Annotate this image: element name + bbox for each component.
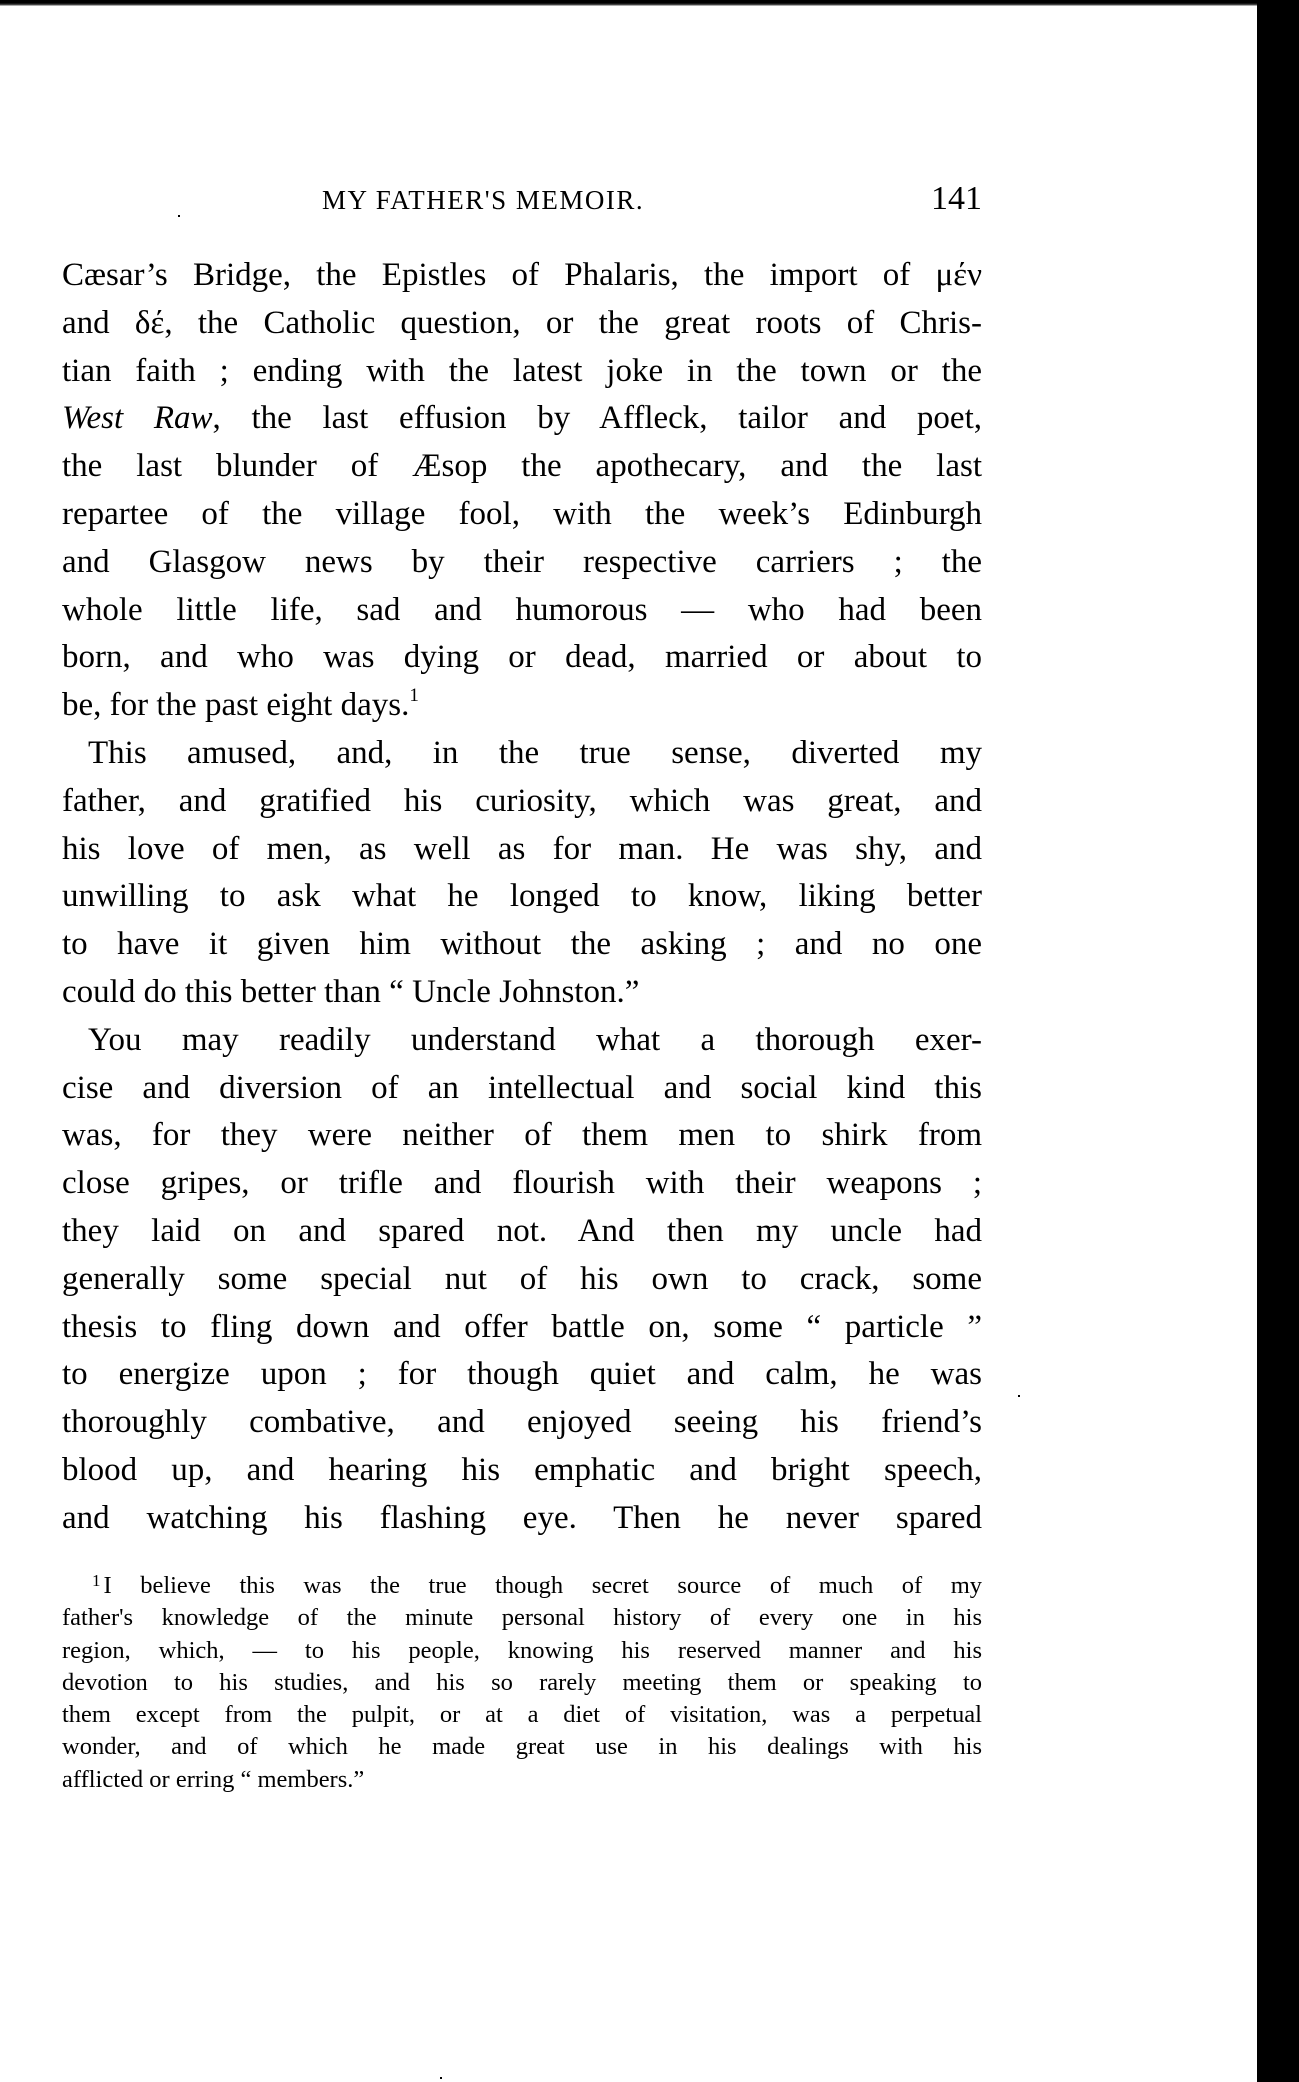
running-head: MY FATHER'S MEMOIR. 141 bbox=[62, 183, 982, 217]
footnote-line: father's knowledge of the minute persona… bbox=[62, 1602, 982, 1634]
footnote-line: wonder, and of which he made great use i… bbox=[62, 1731, 982, 1763]
text-line-content: be, for the past eight days. bbox=[62, 687, 409, 723]
paragraph: This amused, and, in the true sense, div… bbox=[62, 730, 982, 1017]
footnote-line: 1I believe this was the true though secr… bbox=[62, 1570, 982, 1602]
text-line: and Glasgow news by their respective car… bbox=[62, 539, 982, 587]
text-line: cise and diversion of an intellectual an… bbox=[62, 1065, 982, 1113]
footnote-line: afflicted or erring “ members.” bbox=[62, 1764, 982, 1796]
footnote-line: region, which, — to his people, knowing … bbox=[62, 1635, 982, 1667]
footnote-line: devotion to his studies, and his so rare… bbox=[62, 1667, 982, 1699]
text-line: his love of men, as well as for man. He … bbox=[62, 826, 982, 874]
italic-place-name: West Raw bbox=[62, 400, 213, 436]
scan-speck bbox=[178, 215, 180, 217]
text-line: blood up, and hearing his emphatic and b… bbox=[62, 1447, 982, 1495]
main-text: Cæsar’s Bridge, the Epistles of Phalaris… bbox=[62, 252, 982, 1543]
text-line: to energize upon ; for though quiet and … bbox=[62, 1351, 982, 1399]
text-line-rest: , the last effusion by Affleck, tailor a… bbox=[213, 400, 983, 436]
running-title: MY FATHER'S MEMOIR. bbox=[322, 183, 644, 217]
text-line: the last blunder of Æsop the apothecary,… bbox=[62, 443, 982, 491]
scan-top-edge bbox=[0, 0, 1299, 6]
text-line-with-italic: West Raw, the last effusion by Affleck, … bbox=[62, 395, 982, 443]
text-line: they laid on and spared not. And then my… bbox=[62, 1208, 982, 1256]
text-line: repartee of the village fool, with the w… bbox=[62, 491, 982, 539]
text-line: could do this better than “ Uncle Johnst… bbox=[62, 969, 982, 1017]
scan-speck bbox=[1018, 1395, 1020, 1397]
text-line: You may readily understand what a thorou… bbox=[62, 1017, 982, 1065]
footnote: 1I believe this was the true though secr… bbox=[62, 1570, 982, 1796]
text-line: Cæsar’s Bridge, the Epistles of Phalaris… bbox=[62, 252, 982, 300]
text-line: was, for they were neither of them men t… bbox=[62, 1112, 982, 1160]
footnote-line: them except from the pulpit, or at a die… bbox=[62, 1699, 982, 1731]
footnote-marker: 1 bbox=[92, 1571, 101, 1590]
paragraph: You may readily understand what a thorou… bbox=[62, 1017, 982, 1543]
text-line: unwilling to ask what he longed to know,… bbox=[62, 873, 982, 921]
scan-speck bbox=[440, 2077, 442, 2079]
text-line: and watching his flashing eye. Then he n… bbox=[62, 1495, 982, 1543]
text-line: thesis to fling down and offer battle on… bbox=[62, 1304, 982, 1352]
text-line: be, for the past eight days.1 bbox=[62, 682, 982, 730]
footnote-line-content: I believe this was the true though secre… bbox=[104, 1572, 983, 1599]
text-line: father, and gratified his curiosity, whi… bbox=[62, 778, 982, 826]
text-line: thoroughly combative, and enjoyed seeing… bbox=[62, 1399, 982, 1447]
text-line: tian faith ; ending with the latest joke… bbox=[62, 348, 982, 396]
text-line: and δέ, the Catholic question, or the gr… bbox=[62, 300, 982, 348]
scan-right-edge bbox=[1257, 0, 1299, 2082]
text-line: whole little life, sad and humorous — wh… bbox=[62, 587, 982, 635]
text-line: to have it given him without the asking … bbox=[62, 921, 982, 969]
paragraph: Cæsar’s Bridge, the Epistles of Phalaris… bbox=[62, 252, 982, 730]
text-line: generally some special nut of his own to… bbox=[62, 1256, 982, 1304]
text-line: close gripes, or trifle and flourish wit… bbox=[62, 1160, 982, 1208]
text-line: born, and who was dying or dead, married… bbox=[62, 634, 982, 682]
page-number: 141 bbox=[931, 180, 982, 218]
footnote-reference[interactable]: 1 bbox=[409, 685, 419, 706]
text-line: This amused, and, in the true sense, div… bbox=[62, 730, 982, 778]
